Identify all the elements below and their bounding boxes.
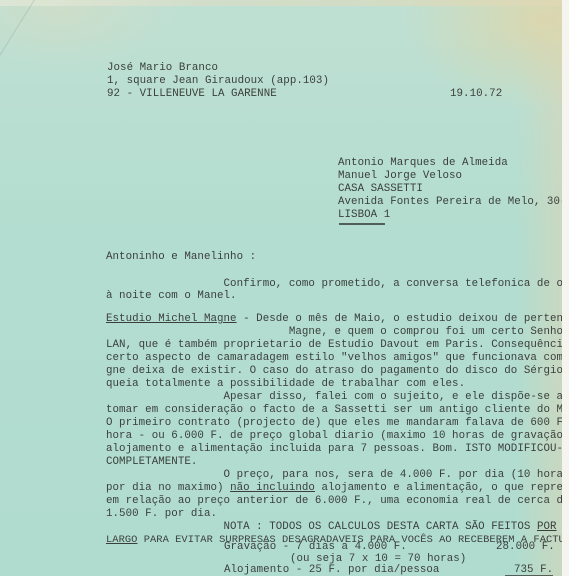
note-text: NOTA : TODOS OS CALCULOS DESTA CARTA SÃO… xyxy=(106,521,537,533)
recipient-underline xyxy=(339,223,385,225)
sender-name: José Mario Branco xyxy=(107,62,218,75)
paragraph-2-line: queia totalmente a possibilidade de trab… xyxy=(106,378,465,391)
paragraph-2-first-line: Estudio Michel Magne - Desde o mês de Ma… xyxy=(106,313,562,326)
emphasis-por: POR xyxy=(537,521,557,533)
paragraph-3-line: COMPLETAMENTE. xyxy=(106,456,197,469)
paragraph-2-line: Magne, e quem o comprou foi um certo Sen… xyxy=(106,326,562,339)
emphasis-nao-incluindo: não incluindo xyxy=(230,482,315,494)
paragraph-3-line: O primeiro contrato (projecto de) que el… xyxy=(106,417,562,430)
paragraph-2-line: certo aspecto de camaradagem estilo "vel… xyxy=(106,352,562,365)
paragraph-2-line: gne deixa de existir. O caso do atraso d… xyxy=(106,365,562,378)
sender-address-line1: 1, square Jean Giraudoux (app.103) xyxy=(107,75,329,88)
cost-item-label: Alojamento - 25 F. por dia/pessoa xyxy=(224,564,439,576)
section-heading-estudio: Estudio Michel Magne xyxy=(106,313,237,325)
paragraph-3-line: tomar em consideração o facto de a Sasse… xyxy=(106,404,562,417)
paragraph-4-line: 1.500 F. por dia. xyxy=(106,508,217,521)
cost-item-amount: 28.000 F. xyxy=(496,541,555,554)
recipient-line2: Manuel Jorge Veloso xyxy=(338,170,462,183)
paragraph-4-text: por dia no maximo) xyxy=(106,482,230,494)
letter-page: José Mario Branco 1, square Jean Giraudo… xyxy=(0,0,562,576)
salutation: Antoninho e Manelinho : xyxy=(106,251,256,264)
paragraph-4-line: em relação ao preço anterior de 6.000 F.… xyxy=(106,495,562,508)
recipient-line4: Avenida Fontes Pereira de Melo, 30-7º xyxy=(338,196,562,209)
paper-crease xyxy=(0,0,41,92)
recipient-line1: Antonio Marques de Almeida xyxy=(338,157,508,170)
letter-date: 19.10.72 xyxy=(450,88,502,101)
paragraph-4-line: O preço, para nos, sera de 4.000 F. por … xyxy=(106,469,562,482)
paragraph-2-text: - Desde o mês de Maio, o estudio deixou … xyxy=(237,313,562,325)
paragraph-4-text: alojamento e alimentação, o que represen… xyxy=(315,482,562,494)
paragraph-3-line: hora - ou 6.000 F. de preço global diari… xyxy=(106,430,562,443)
paragraph-3-line: Apesar disso, falei com o sujeito, e ele… xyxy=(106,391,562,404)
paragraph-3-line: alojamento e alimentação incluida para 7… xyxy=(106,443,562,456)
emphasis-largo: LARGO xyxy=(106,534,137,546)
sender-address-line2: 92 - VILLENEUVE LA GARENNE xyxy=(107,88,277,101)
recipient-line5: LISBOA 1 xyxy=(338,209,390,222)
paragraph-4-line: por dia no maximo) não incluindo alojame… xyxy=(106,482,562,495)
paragraph-2-line: LAN, que é também proprietario de Estudi… xyxy=(106,339,562,352)
paragraph-1-line: à noite com o Manel. xyxy=(106,290,237,303)
note-line: NOTA : TODOS OS CALCULOS DESTA CARTA SÃO… xyxy=(106,521,557,534)
recipient-line3: CASA SASSETTI xyxy=(338,183,423,196)
